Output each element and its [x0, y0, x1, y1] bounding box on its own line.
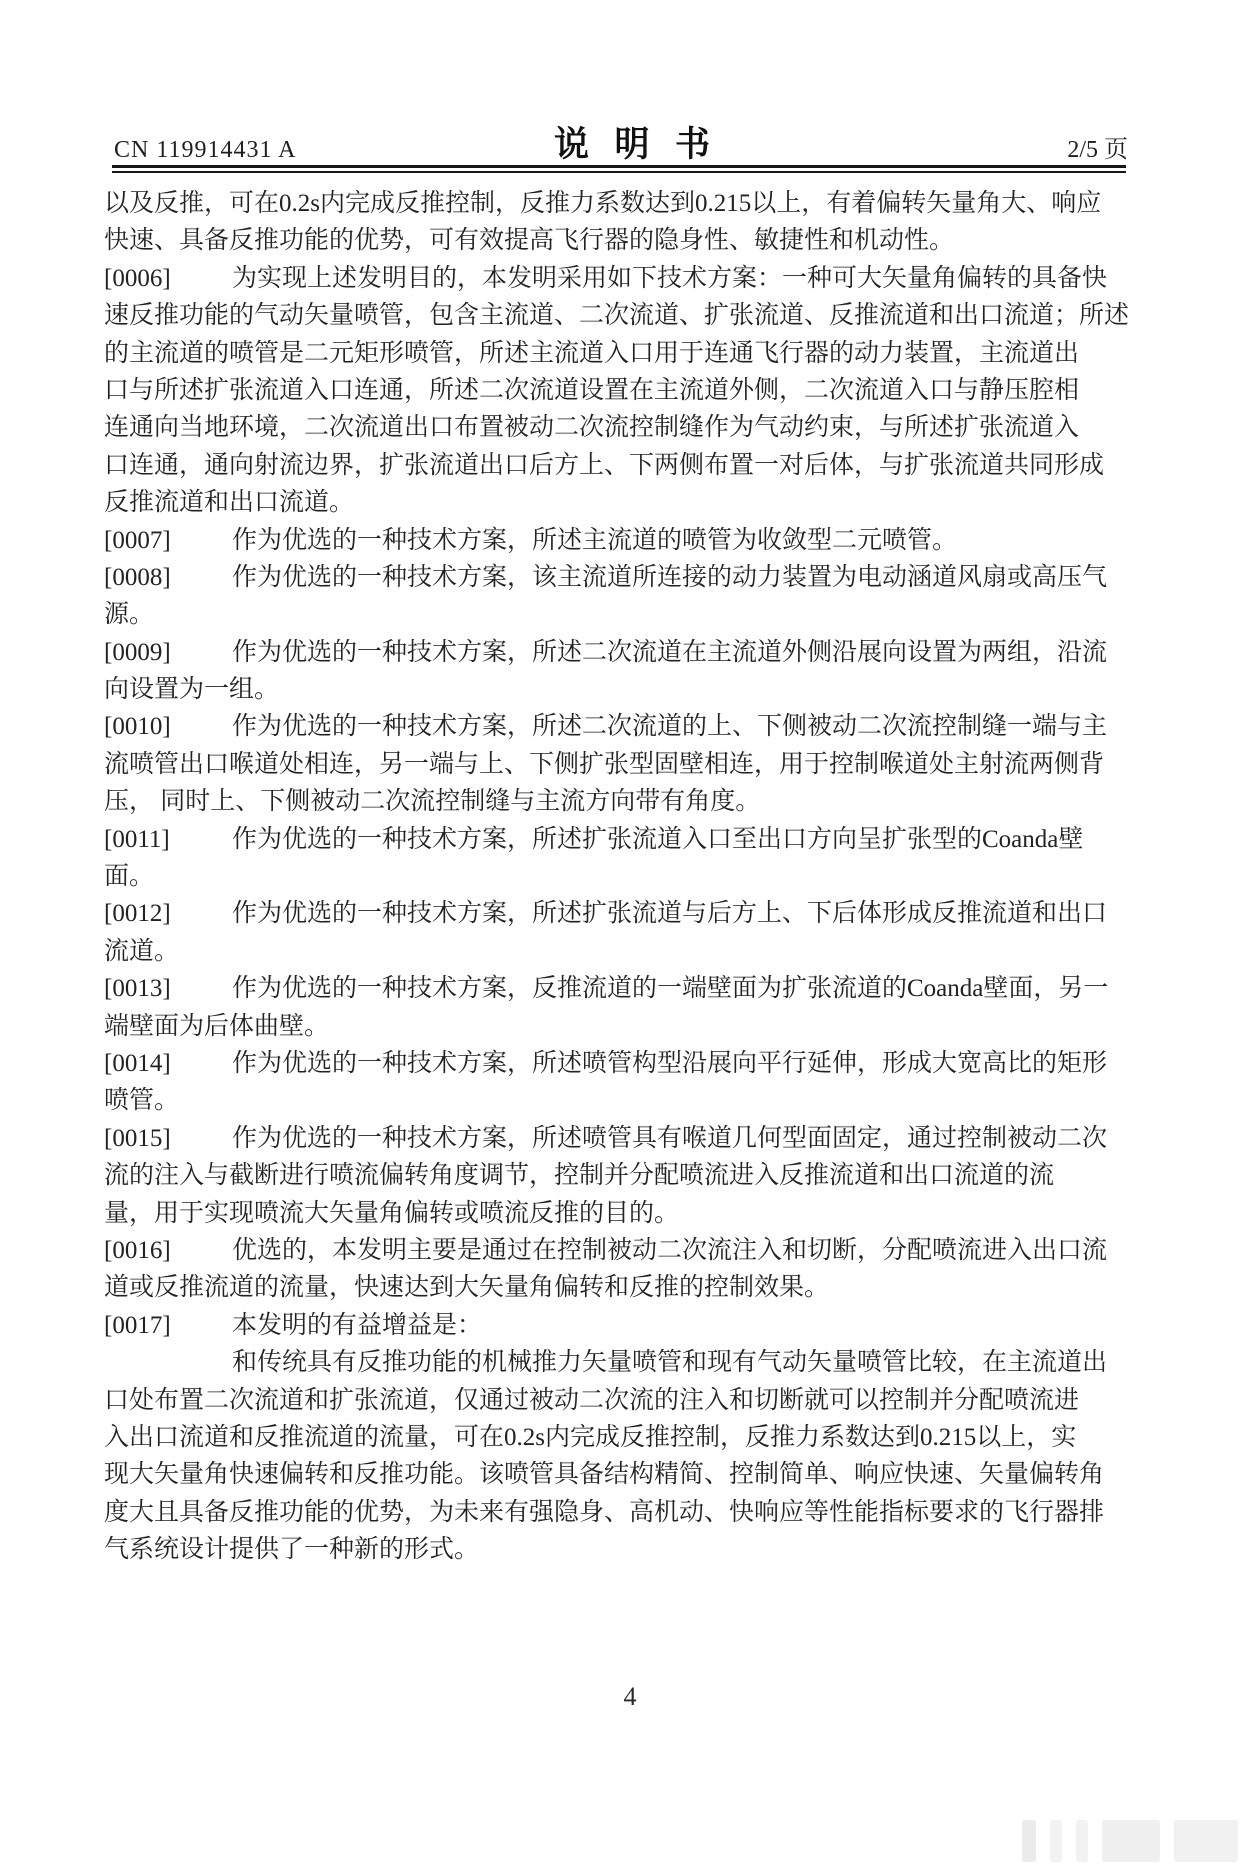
text-line: 和传统具有反推功能的机械推力矢量喷管和现有气动矢量喷管比较，在主流道出: [104, 1344, 1204, 1381]
page-number: 4: [0, 1682, 1260, 1712]
patent-specification-page: CN 119914431 A 说 明 书 2/5 页 以及反推，可在0.2s内完…: [0, 0, 1260, 1873]
watermark-mark: [1076, 1820, 1088, 1862]
text-line: [0006]为实现上述发明目的，本发明采用如下技术方案：一种可大矢量角偏转的具备…: [104, 260, 1204, 297]
text-line: [0017]本发明的有益增益是：: [104, 1307, 1204, 1344]
text-line: 喷管。: [104, 1082, 1204, 1119]
text-line: 快速、具备反推功能的优势，可有效提高飞行器的隐身性、敏捷性和机动性。: [104, 222, 1204, 259]
line-text: 作为优选的一种技术方案，反推流道的一端壁面为扩张流道的Coanda壁面，另一: [232, 975, 1108, 1002]
text-line: [0010]作为优选的一种技术方案，所述二次流道的上、下侧被动二次流控制缝一端与…: [104, 708, 1204, 745]
line-text: 流喷管出口喉道处相连，另一端与上、下侧扩张型固壁相连，用于控制喉道处主射流两侧背: [104, 751, 1104, 778]
text-line: [0013]作为优选的一种技术方案，反推流道的一端壁面为扩张流道的Coanda壁…: [104, 970, 1204, 1007]
line-text: 作为优选的一种技术方案，所述二次流道在主流道外侧沿展向设置为两组，沿流: [232, 639, 1107, 666]
paragraph-label: [0007]: [104, 522, 232, 559]
header-divider-rule: [112, 165, 1126, 173]
text-line: [0011]作为优选的一种技术方案，所述扩张流道入口至出口方向呈扩张型的Coan…: [104, 821, 1204, 858]
text-line: 源。: [104, 596, 1204, 633]
line-text: 快速、具备反推功能的优势，可有效提高飞行器的隐身性、敏捷性和机动性。: [104, 227, 954, 254]
line-text: 作为优选的一种技术方案，所述主流道的喷管为收敛型二元喷管。: [232, 527, 957, 554]
paragraph-label: [0009]: [104, 634, 232, 671]
text-line: 量，用于实现喷流大矢量角偏转或喷流反推的目的。: [104, 1195, 1204, 1232]
watermark-mark: [1022, 1820, 1036, 1862]
line-text: 压， 同时上、下侧被动二次流控制缝与主流方向带有角度。: [104, 788, 760, 815]
line-text: 流道。: [104, 938, 179, 965]
paragraph-label: [0013]: [104, 970, 232, 1007]
line-text: 和传统具有反推功能的机械推力矢量喷管和现有气动矢量喷管比较，在主流道出: [232, 1349, 1107, 1376]
line-text: 喷管。: [104, 1087, 179, 1114]
watermark-mark: [1174, 1820, 1238, 1862]
paragraph-label: [0016]: [104, 1232, 232, 1269]
text-line: 反推流道和出口流道。: [104, 484, 1204, 521]
text-line: 连通向当地环境，二次流道出口布置被动二次流控制缝作为气动约束，与所述扩张流道入: [104, 409, 1204, 446]
line-text: 连通向当地环境，二次流道出口布置被动二次流控制缝作为气动约束，与所述扩张流道入: [104, 414, 1079, 441]
line-text: 作为优选的一种技术方案，所述喷管构型沿展向平行延伸，形成大宽高比的矩形: [232, 1050, 1107, 1077]
text-line: 速反推功能的气动矢量喷管，包含主流道、二次流道、扩张流道、反推流道和出口流道；所…: [104, 297, 1204, 334]
line-text: 向设置为一组。: [104, 676, 279, 703]
text-line: [0015]作为优选的一种技术方案，所述喷管具有喉道几何型面固定，通过控制被动二…: [104, 1120, 1204, 1157]
document-number: CN 119914431 A: [114, 137, 296, 164]
page-title: 说 明 书: [554, 117, 712, 167]
page-header: CN 119914431 A 说 明 书 2/5 页: [104, 126, 1162, 164]
text-line: [0012]作为优选的一种技术方案，所述扩张流道与后方上、下后体形成反推流道和出…: [104, 895, 1204, 932]
paragraph-label: [0012]: [104, 895, 232, 932]
text-line: 以及反推，可在0.2s内完成反推控制，反推力系数达到0.215以上，有着偏转矢量…: [104, 185, 1204, 222]
line-text: 入出口流道和反推流道的流量，可在0.2s内完成反推控制，反推力系数达到0.215…: [104, 1424, 1076, 1451]
text-line: 流喷管出口喉道处相连，另一端与上、下侧扩张型固壁相连，用于控制喉道处主射流两侧背: [104, 746, 1204, 783]
text-line: 流道。: [104, 933, 1204, 970]
line-text: 作为优选的一种技术方案，该主流道所连接的动力装置为电动涵道风扇或高压气: [232, 564, 1107, 591]
line-text: 量，用于实现喷流大矢量角偏转或喷流反推的目的。: [104, 1200, 679, 1227]
text-line: 入出口流道和反推流道的流量，可在0.2s内完成反推控制，反推力系数达到0.215…: [104, 1419, 1204, 1456]
text-line: 的主流道的喷管是二元矩形喷管，所述主流道入口用于连通飞行器的动力装置，主流道出: [104, 335, 1204, 372]
line-text: 度大且具备反推功能的优势，为未来有强隐身、高机动、快响应等性能指标要求的飞行器排: [104, 1499, 1104, 1526]
line-text: 优选的，本发明主要是通过在控制被动二次流注入和切断，分配喷流进入出口流: [232, 1237, 1107, 1264]
text-line: [0007]作为优选的一种技术方案，所述主流道的喷管为收敛型二元喷管。: [104, 522, 1204, 559]
line-text: 反推流道和出口流道。: [104, 489, 354, 516]
text-line: 度大且具备反推功能的优势，为未来有强隐身、高机动、快响应等性能指标要求的飞行器排: [104, 1494, 1204, 1531]
paragraph-label: [0006]: [104, 260, 232, 297]
text-line: [0008]作为优选的一种技术方案，该主流道所连接的动力装置为电动涵道风扇或高压…: [104, 559, 1204, 596]
line-text: 本发明的有益增益是：: [232, 1312, 482, 1339]
line-text: 气系统设计提供了一种新的形式。: [104, 1536, 479, 1563]
paragraph-label: [0017]: [104, 1307, 232, 1344]
text-line: [0016]优选的，本发明主要是通过在控制被动二次流注入和切断，分配喷流进入出口…: [104, 1232, 1204, 1269]
line-text: 道或反推流道的流量，快速达到大矢量角偏转和反推的控制效果。: [104, 1274, 829, 1301]
body-lines: 以及反推，可在0.2s内完成反推控制，反推力系数达到0.215以上，有着偏转矢量…: [104, 185, 1204, 1568]
line-text: 端壁面为后体曲壁。: [104, 1013, 329, 1040]
line-text: 口与所述扩张流道入口连通，所述二次流道设置在主流道外侧，二次流道入口与静压腔相: [104, 377, 1079, 404]
text-line: 端壁面为后体曲壁。: [104, 1008, 1204, 1045]
line-text: 速反推功能的气动矢量喷管，包含主流道、二次流道、扩张流道、反推流道和出口流道；所…: [104, 302, 1129, 329]
paragraph-label: [0008]: [104, 559, 232, 596]
line-text: 口连通，通向射流边界，扩张流道出口后方上、下两侧布置一对后体，与扩张流道共同形成: [104, 452, 1104, 479]
line-text: 的主流道的喷管是二元矩形喷管，所述主流道入口用于连通飞行器的动力装置，主流道出: [104, 340, 1079, 367]
text-line: [0014]作为优选的一种技术方案，所述喷管构型沿展向平行延伸，形成大宽高比的矩…: [104, 1045, 1204, 1082]
line-text: 面。: [104, 863, 154, 890]
text-line: 流的注入与截断进行喷流偏转角度调节，控制并分配喷流进入反推流道和出口流道的流: [104, 1157, 1204, 1194]
text-line: [0009]作为优选的一种技术方案，所述二次流道在主流道外侧沿展向设置为两组，沿…: [104, 634, 1204, 671]
paragraph-label: [0014]: [104, 1045, 232, 1082]
text-line: 口与所述扩张流道入口连通，所述二次流道设置在主流道外侧，二次流道入口与静压腔相: [104, 372, 1204, 409]
text-line: 压， 同时上、下侧被动二次流控制缝与主流方向带有角度。: [104, 783, 1204, 820]
text-line: 向设置为一组。: [104, 671, 1204, 708]
paragraph-label: [0015]: [104, 1120, 232, 1157]
watermark-mark: [1050, 1820, 1062, 1862]
text-line: 现大矢量角快速偏转和反推功能。该喷管具备结构精简、控制简单、响应快速、矢量偏转角: [104, 1456, 1204, 1493]
text-line: 口连通，通向射流边界，扩张流道出口后方上、下两侧布置一对后体，与扩张流道共同形成: [104, 447, 1204, 484]
line-text: 作为优选的一种技术方案，所述喷管具有喉道几何型面固定，通过控制被动二次: [232, 1125, 1107, 1152]
line-text: 作为优选的一种技术方案，所述扩张流道与后方上、下后体形成反推流道和出口: [232, 900, 1107, 927]
watermark: [1022, 1820, 1254, 1862]
text-line: 气系统设计提供了一种新的形式。: [104, 1531, 1204, 1568]
line-text: 现大矢量角快速偏转和反推功能。该喷管具备结构精简、控制简单、响应快速、矢量偏转角: [104, 1461, 1104, 1488]
text-line: 口处布置二次流道和扩张流道，仅通过被动二次流的注入和切断就可以控制并分配喷流进: [104, 1382, 1204, 1419]
text-line: 道或反推流道的流量，快速达到大矢量角偏转和反推的控制效果。: [104, 1269, 1204, 1306]
paragraph-label: [0010]: [104, 708, 232, 745]
paragraph-label: [0011]: [104, 821, 232, 858]
watermark-mark: [1102, 1820, 1160, 1862]
line-text: 流的注入与截断进行喷流偏转角度调节，控制并分配喷流进入反推流道和出口流道的流: [104, 1162, 1054, 1189]
page-indicator: 2/5 页: [1067, 129, 1128, 164]
line-text: 口处布置二次流道和扩张流道，仅通过被动二次流的注入和切断就可以控制并分配喷流进: [104, 1387, 1079, 1414]
line-text: 以及反推，可在0.2s内完成反推控制，反推力系数达到0.215以上，有着偏转矢量…: [104, 190, 1101, 217]
text-line: 面。: [104, 858, 1204, 895]
line-text: 作为优选的一种技术方案，所述扩张流道入口至出口方向呈扩张型的Coanda壁: [232, 826, 1083, 853]
line-text: 作为优选的一种技术方案，所述二次流道的上、下侧被动二次流控制缝一端与主: [232, 713, 1107, 740]
line-text: 源。: [104, 601, 154, 628]
line-text: 为实现上述发明目的，本发明采用如下技术方案：一种可大矢量角偏转的具备快: [232, 265, 1107, 292]
